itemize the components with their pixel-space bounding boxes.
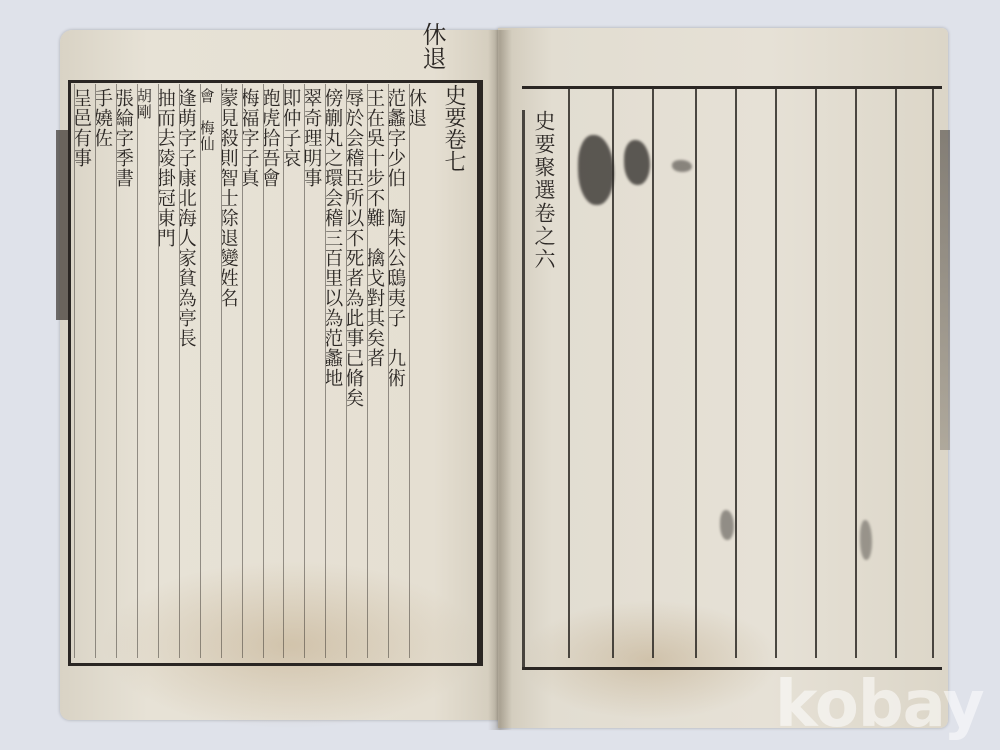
- volume-title-text: 史要卷七: [441, 84, 466, 172]
- ink-bleed: [860, 520, 872, 560]
- ruled-line: [855, 88, 857, 658]
- text-column: 范蠡字少伯 陶朱公鴟夷子 九術: [388, 84, 409, 658]
- ruled-line: [735, 88, 737, 658]
- section-heading: 休退: [409, 84, 430, 658]
- margin-annotation: 休退: [415, 22, 450, 70]
- text-column: 翠奇理明事: [304, 84, 325, 658]
- text-column: 手嬈佐: [95, 84, 116, 658]
- text-column: 會 梅仙: [200, 84, 221, 658]
- ruled-line: [695, 88, 697, 658]
- ruled-line: [815, 88, 817, 658]
- text-column: 張綸字季書: [116, 84, 137, 658]
- text-column: 逢萌字子康北海人家貧為亭長: [179, 84, 200, 658]
- text-column: 梅福字子真: [242, 84, 263, 658]
- left-page-edge: [56, 130, 68, 320]
- text-column: 辱於会稽臣所以不死者為此事已脩矣: [346, 84, 367, 658]
- text-column: 跑虎拾吾會: [263, 84, 284, 658]
- ruled-line: [568, 88, 570, 658]
- volume-title: 史要卷七: [434, 84, 470, 284]
- text-columns: 休退 范蠡字少伯 陶朱公鴟夷子 九術 王在吳十步不難 擒戈對其矣者 辱於会稽臣所…: [74, 84, 430, 654]
- ruled-line: [932, 88, 934, 658]
- book-gutter: [488, 30, 512, 730]
- text-column: 抽而去陵掛冠東門: [158, 84, 179, 658]
- ink-bleed: [720, 510, 734, 540]
- text-column: 傍蒯丸之環会稽三百里以為范蠡地: [325, 84, 346, 658]
- text-column: 即仲子哀: [283, 84, 304, 658]
- ruled-line: [652, 88, 654, 658]
- ruled-line: [895, 88, 897, 658]
- text-column: 胡剛: [137, 84, 158, 658]
- text-column: 王在吳十步不難 擒戈對其矣者: [367, 84, 388, 658]
- ruled-line: [522, 110, 525, 670]
- text-column: 呈邑有事: [74, 84, 95, 658]
- right-volume-title: 史要聚選卷之六: [530, 110, 558, 271]
- ruled-line: [775, 88, 777, 658]
- watermark: kobay: [775, 668, 984, 742]
- text-column: 蒙見殺則智士除退變姓名: [221, 84, 242, 658]
- book-photo: 休退 史要卷七 休退 范蠡字少伯 陶朱公鴟夷子 九術 王在吳十步不難 擒戈對其矣…: [0, 0, 1000, 750]
- ink-bleed: [672, 160, 692, 172]
